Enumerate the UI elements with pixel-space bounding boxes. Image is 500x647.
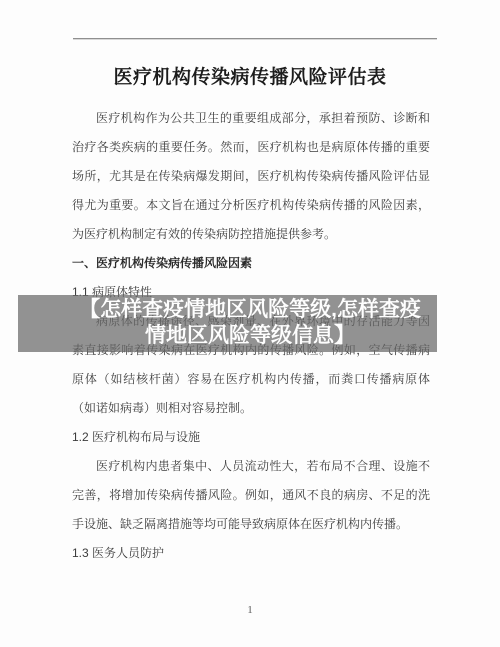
subsection-heading-1-2: 1.2 医疗机构布局与设施 (72, 423, 430, 452)
watermark-text-line-1: 【怎样查疫情地区风险等级,怎样查疫 (0, 297, 500, 323)
document-page: 医疗机构传染病传播风险评估表 医疗机构作为公共卫生的重要组成部分，承担着预防、诊… (0, 0, 500, 647)
subsection-heading-1-3: 1.3 医务人员防护 (72, 539, 430, 568)
page-number: 1 (0, 604, 500, 616)
document-title: 医疗机构传染病传播风险评估表 (0, 63, 500, 93)
header-divider (73, 38, 437, 40)
subsection-body-1-2: 医疗机构内患者集中、人员流动性大，若布局不合理、设施不完善，将增加传染病传播风险… (72, 452, 430, 539)
intro-paragraph: 医疗机构作为公共卫生的重要组成部分，承担着预防、诊断和治疗各类疾病的重要任务。然… (72, 104, 430, 249)
watermark-text-line-2: 情地区风险等级信息】 (0, 323, 500, 349)
section-heading-1: 一、医疗机构传染病传播风险因素 (72, 249, 430, 278)
watermark-overlay-text: 【怎样查疫情地区风险等级,怎样查疫 情地区风险等级信息】 (0, 297, 500, 349)
